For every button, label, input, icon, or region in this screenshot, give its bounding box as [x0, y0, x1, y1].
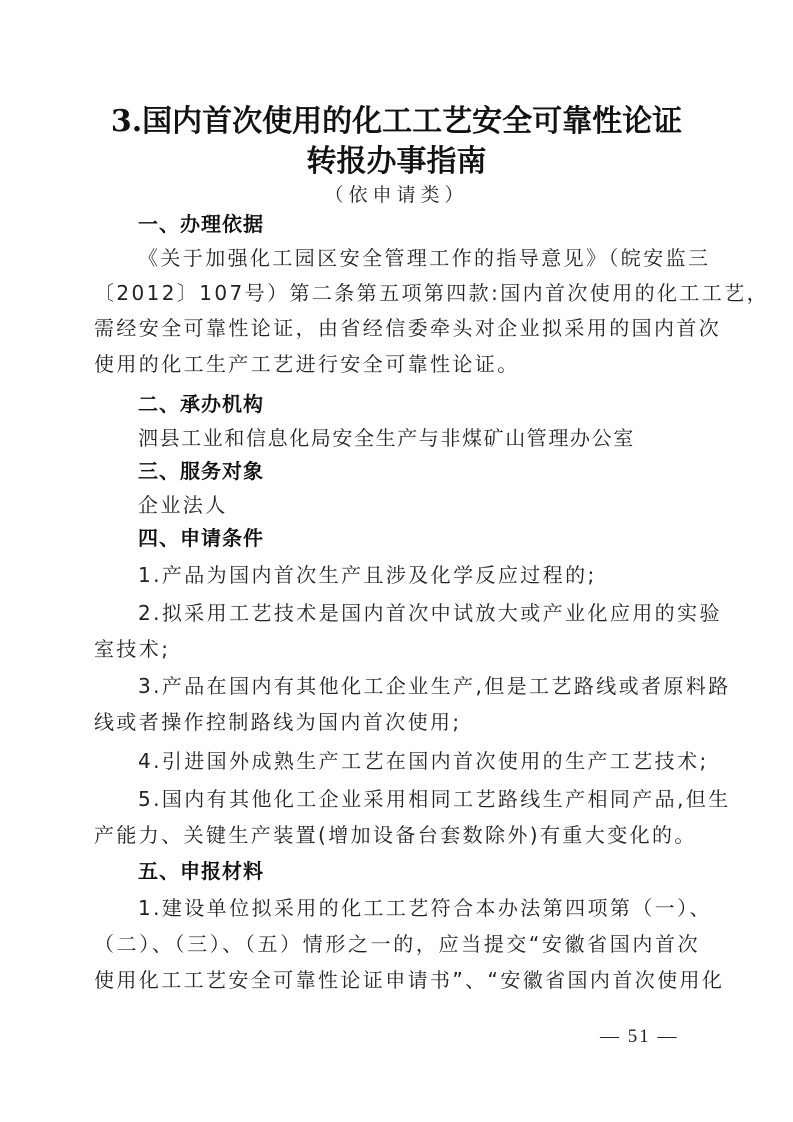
paragraph-line: 泗县工业和信息化局安全生产与非煤矿山管理办公室 — [138, 426, 700, 450]
section-heading-materials: 五、申报材料 — [138, 859, 264, 883]
paragraph-line: 使用的化工生产工艺进行安全可靠性论证。 — [94, 352, 700, 376]
paragraph-line: 需经安全可靠性论证，由省经信委牵头对企业拟采用的国内首次 — [94, 316, 700, 340]
section-heading-basis: 一、办理依据 — [138, 212, 264, 236]
section-heading-conditions: 四、申请条件 — [138, 526, 264, 550]
paragraph-line: 〔2012〕107号）第二条第五项第四款:国内首次使用的化工工艺， — [94, 281, 700, 305]
paragraph-line: 企业法人 — [138, 493, 700, 517]
section-heading-target: 三、服务对象 — [138, 459, 264, 483]
document-page: 3.国内首次使用的化工工艺安全可靠性论证 转报办事指南 （依申请类） 一、办理依… — [0, 0, 793, 1122]
list-item-continuation: 产能力、关键生产装置(增加设备台套数除外)有重大变化的。 — [94, 823, 700, 847]
list-item-continuation: 使用化工工艺安全可靠性论证申请书”、“安徽省国内首次使用化 — [94, 968, 700, 992]
list-item: 4.引进国外成熟生产工艺在国内首次使用的生产工艺技术; — [138, 749, 700, 773]
list-item: 2.拟采用工艺技术是国内首次中试放大或产业化应用的实验 — [138, 601, 700, 625]
section-heading-agency: 二、承办机构 — [138, 392, 264, 416]
document-subtitle: （依申请类） — [0, 180, 793, 207]
list-item: 3.产品在国内有其他化工企业生产,但是工艺路线或者原料路 — [138, 674, 700, 698]
document-title-line-1: 3.国内首次使用的化工工艺安全可靠性论证 — [0, 96, 793, 140]
paragraph-line: 《关于加强化工园区安全管理工作的指导意见》（皖安监三 — [138, 246, 700, 270]
document-title-line-2: 转报办事指南 — [0, 136, 793, 180]
page-number: — 51 — — [600, 1026, 679, 1048]
list-item-continuation: 线或者操作控制路线为国内首次使用; — [94, 710, 700, 734]
list-item: 1.产品为国内首次生产且涉及化学反应过程的; — [138, 563, 700, 587]
list-item-continuation: （二）、（三）、（五）情形之一的，应当提交“安徽省国内首次 — [94, 932, 700, 956]
list-item: 1.建设单位拟采用的化工工艺符合本办法第四项第（一）、 — [138, 896, 700, 920]
list-item: 5.国内有其他化工企业采用相同工艺路线生产相同产品,但生 — [138, 787, 700, 811]
list-item-continuation: 室技术; — [94, 637, 700, 661]
